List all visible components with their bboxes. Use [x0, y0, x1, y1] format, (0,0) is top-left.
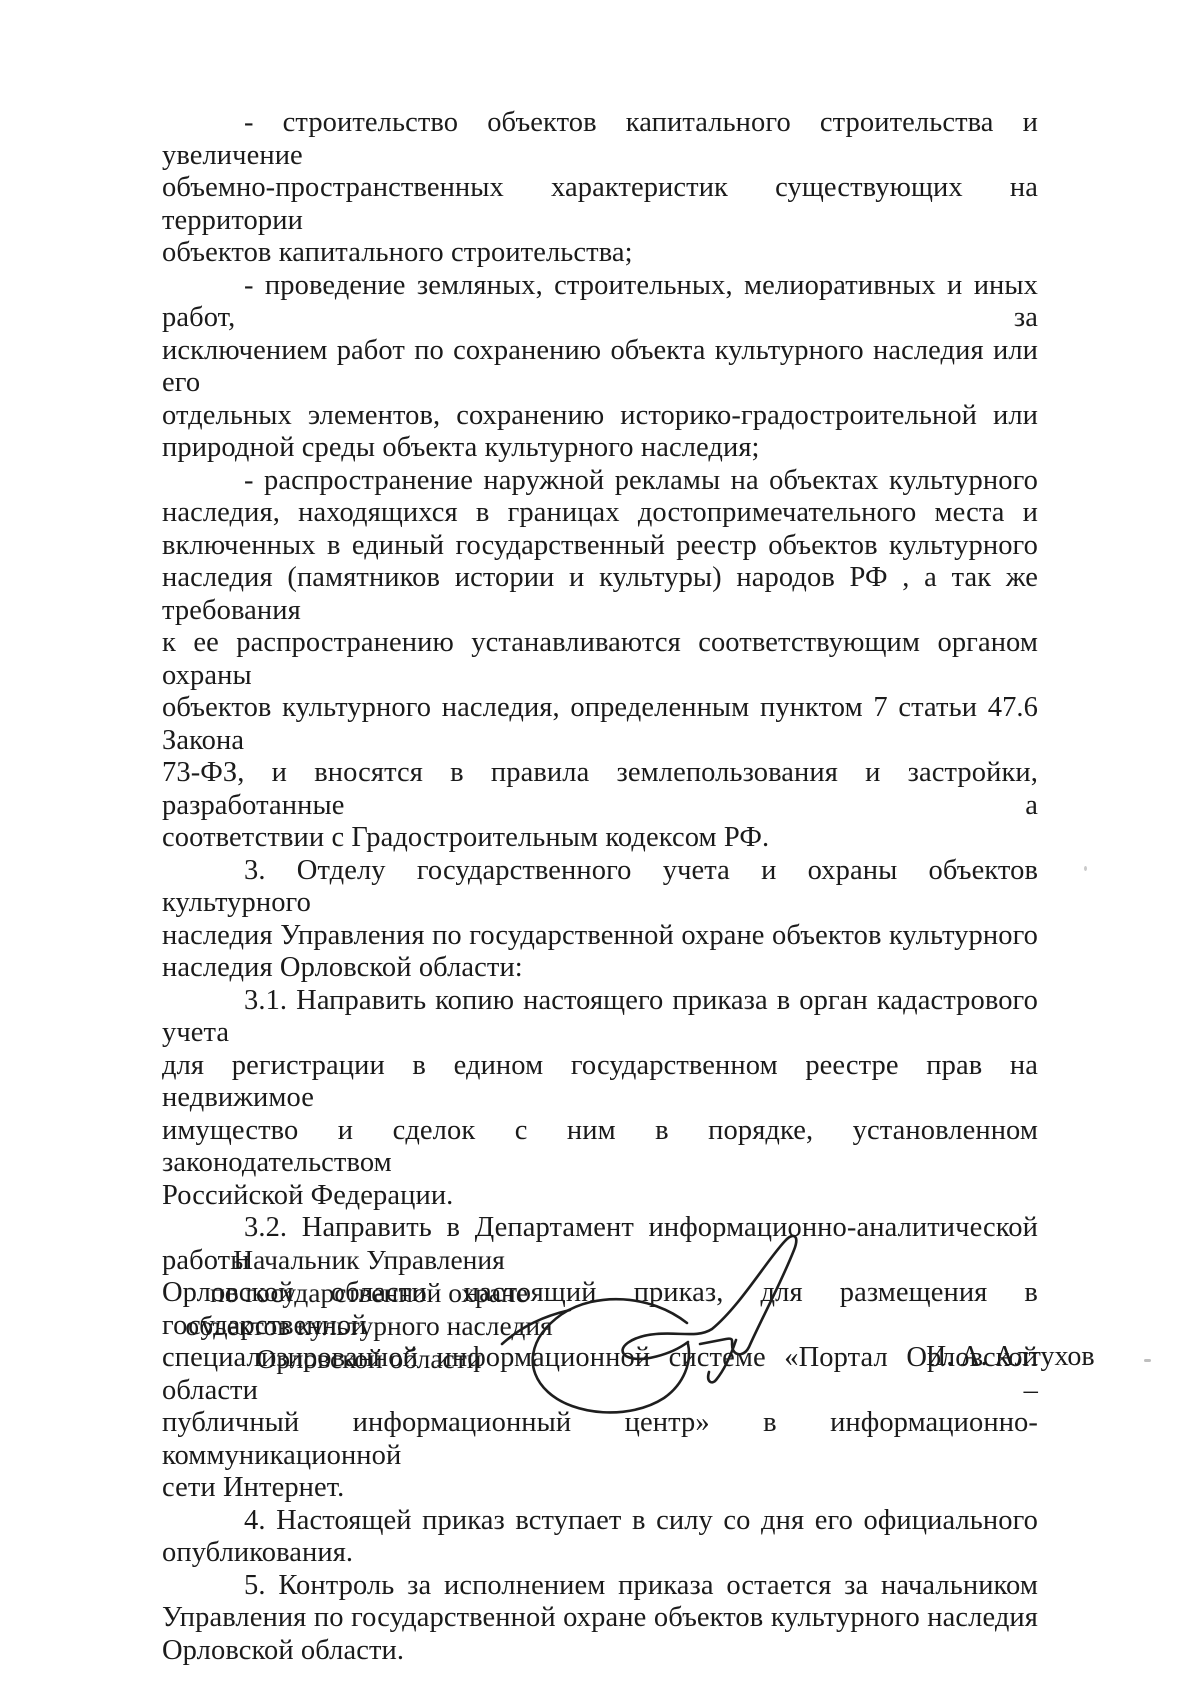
scan-artifact-dot	[292, 1192, 296, 1195]
text-line: имущество и сделок с ним в порядке, уста…	[162, 1115, 1038, 1180]
text-line: объектов культурного наследия, определен…	[162, 692, 1038, 757]
text-line: наследия, находящихся в границах достопр…	[162, 497, 1038, 530]
paragraph: 5. Контроль за исполнением приказа остае…	[162, 1570, 1038, 1668]
text-line: природной среды объекта культурного насл…	[162, 432, 1038, 465]
paragraph: 4. Настоящей приказ вступает в силу со д…	[162, 1505, 1038, 1570]
text-line: 3. Отделу государственного учета и охран…	[162, 855, 1038, 920]
text-line: опубликования.	[162, 1537, 1038, 1570]
text-line: 4. Настоящей приказ вступает в силу со д…	[162, 1505, 1038, 1538]
text-line: к ее распространению устанавливаются соо…	[162, 627, 1038, 692]
text-line: наследия Управления по государственной о…	[162, 920, 1038, 953]
text-line: 5. Контроль за исполнением приказа остае…	[162, 1570, 1038, 1603]
text-line: объектов капитального строительства;	[162, 237, 1038, 270]
paragraph: - строительство объектов капитального ст…	[162, 107, 1038, 270]
text-line: - строительство объектов капитального ст…	[162, 107, 1038, 172]
signatory-name: И. А. Алтухов	[926, 1341, 1095, 1373]
text-line: включенных в единый государственный реес…	[162, 530, 1038, 563]
paragraph: - распространение наружной рекламы на об…	[162, 465, 1038, 855]
text-line: Управления по государственной охране объ…	[162, 1602, 1038, 1635]
text-line: исключением работ по сохранению объекта …	[162, 335, 1038, 400]
text-line: - распространение наружной рекламы на об…	[162, 465, 1038, 498]
text-line: наследия Орловской области:	[162, 952, 1038, 985]
text-line: для регистрации в едином государственном…	[162, 1050, 1038, 1115]
text-line: соответствии с Градостроительным кодексо…	[162, 822, 1038, 855]
text-line: отдельных элементов, сохранению историко…	[162, 400, 1038, 433]
text-line: наследия (памятников истории и культуры)…	[162, 562, 1038, 627]
scan-artifact-dot	[1084, 866, 1087, 871]
handwritten-signature-icon	[500, 1222, 820, 1437]
text-line: 73-ФЗ, и вносятся в правила землепользов…	[162, 757, 1038, 822]
paragraph: - проведение земляных, строительных, мел…	[162, 270, 1038, 465]
text-line: Орловской области.	[162, 1635, 1038, 1668]
text-line: объемно-пространственных характеристик с…	[162, 172, 1038, 237]
text-line: Российской Федерации.	[162, 1180, 1038, 1213]
paragraph: 3.1. Направить копию настоящего приказа …	[162, 985, 1038, 1213]
text-line: сети Интернет.	[162, 1472, 1038, 1505]
text-line: 3.1. Направить копию настоящего приказа …	[162, 985, 1038, 1050]
text-line: - проведение земляных, строительных, мел…	[162, 270, 1038, 335]
scan-artifact-dash	[1144, 1359, 1151, 1362]
document-page: - строительство объектов капитального ст…	[0, 0, 1200, 1697]
paragraph: 3. Отделу государственного учета и охран…	[162, 855, 1038, 985]
